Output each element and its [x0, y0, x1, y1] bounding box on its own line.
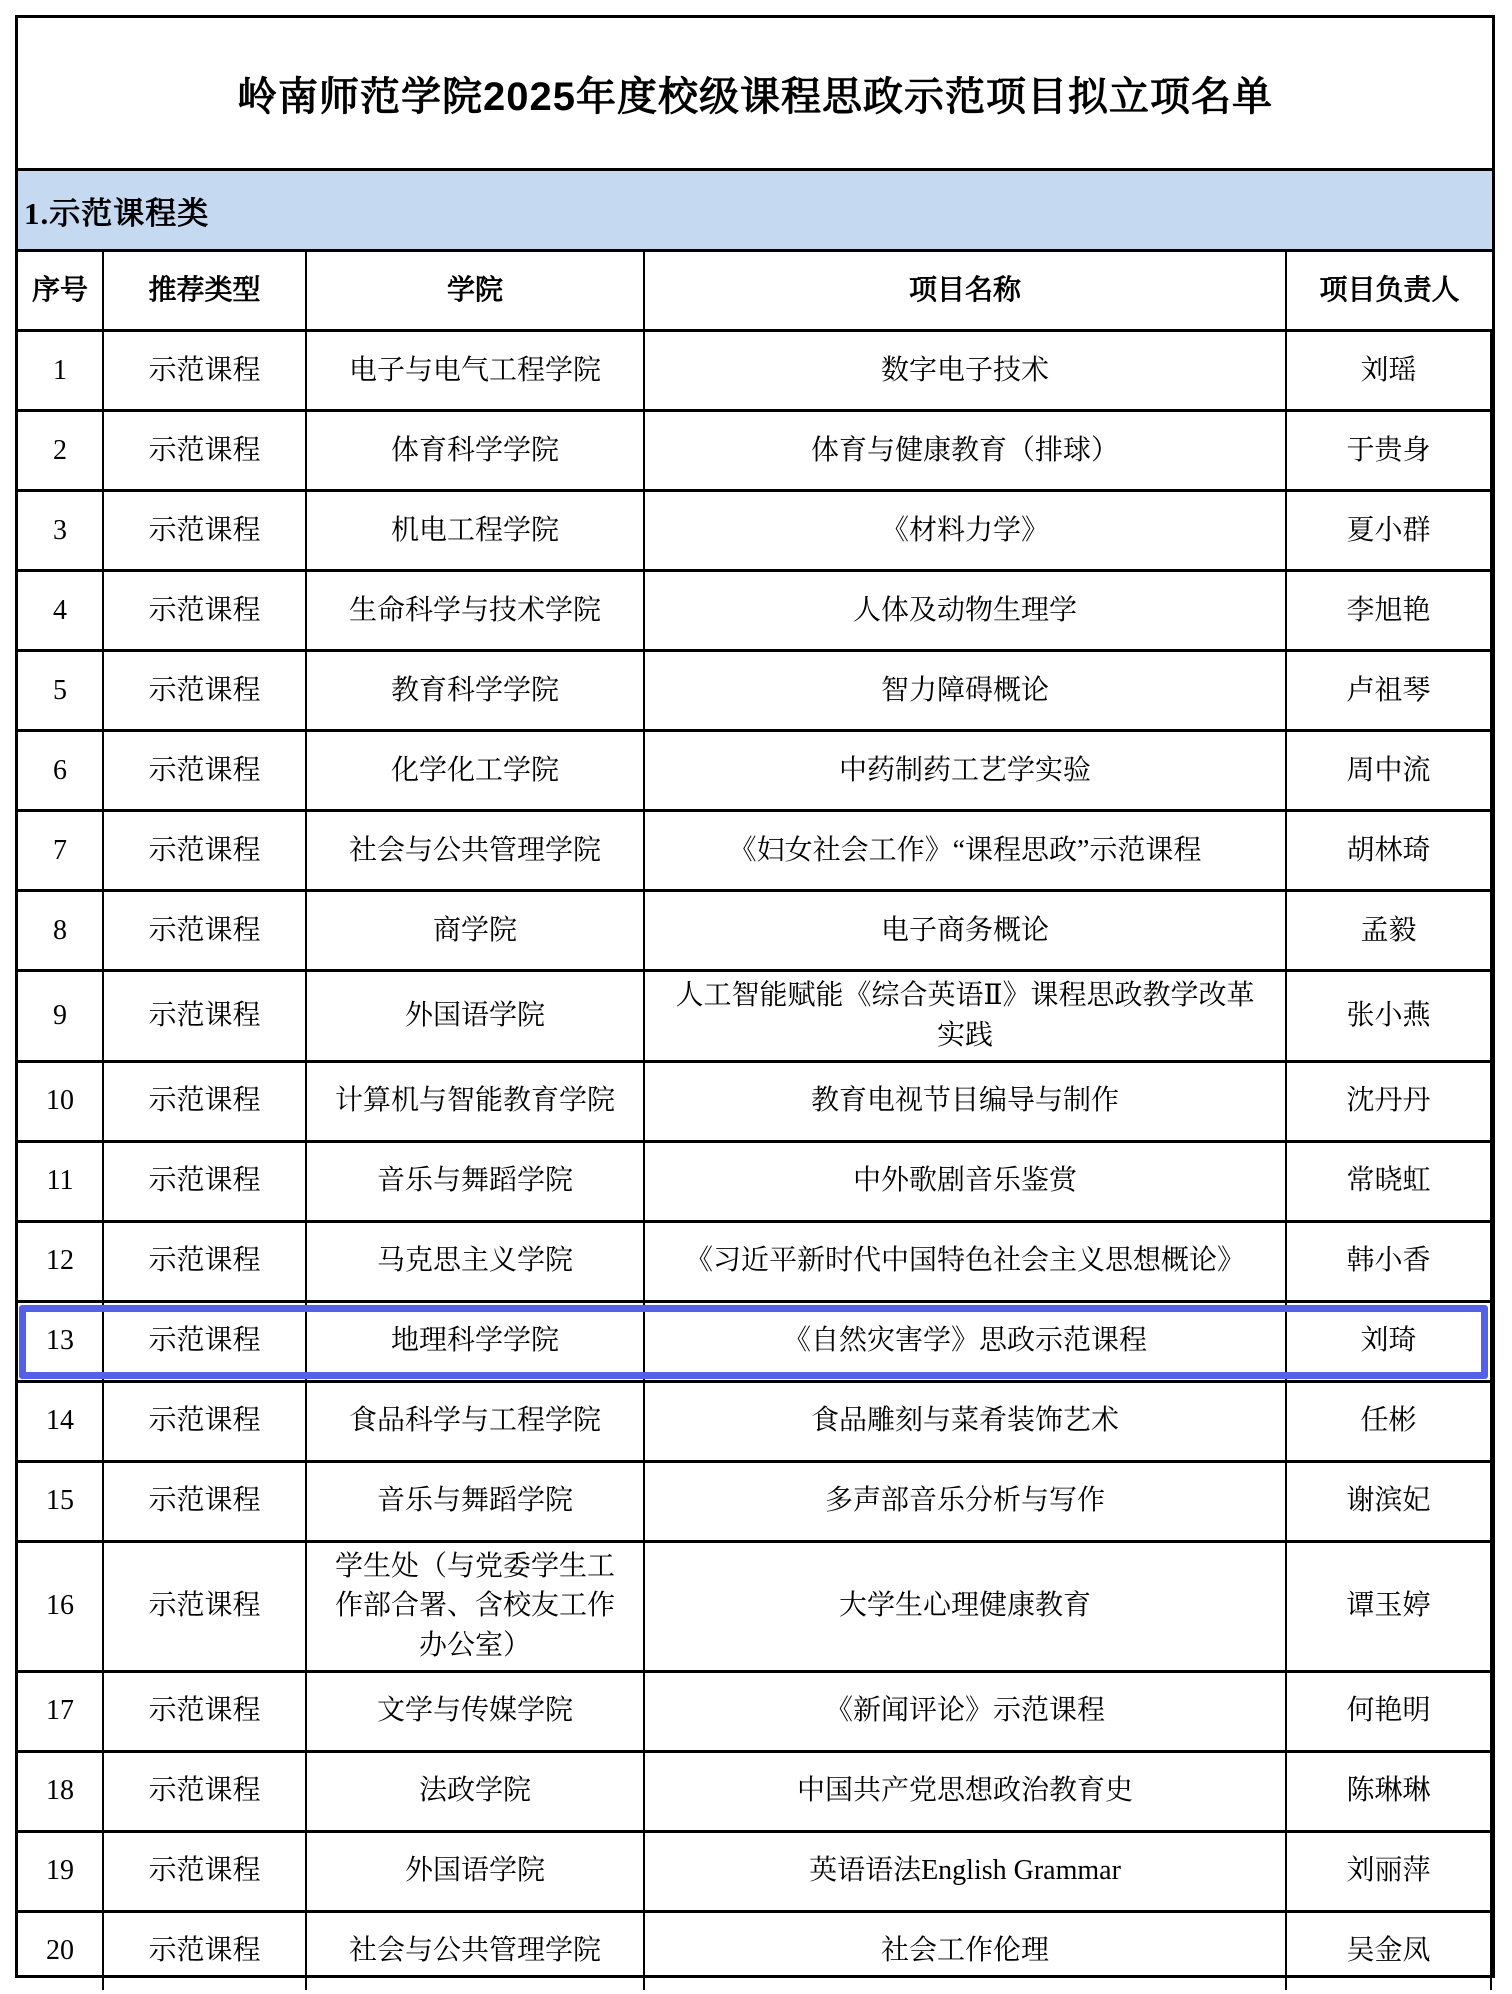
cell-leader: 刘丽萍: [1287, 1833, 1492, 1910]
cell-college: 社会与公共管理学院: [307, 812, 645, 889]
cell-project-name: 中药制药工艺学实验: [645, 732, 1287, 809]
cell-college: 法政学院: [307, 1753, 645, 1830]
table-row: 4 示范课程 生命科学与技术学院 人体及动物生理学 李旭艳: [18, 572, 1492, 652]
cell-project-name: 大学生心理健康教育: [645, 1543, 1287, 1670]
table-row: 3 示范课程 机电工程学院 《材料力学》 夏小群: [18, 492, 1492, 572]
cell-recommend-type: 示范课程: [104, 492, 307, 569]
cell-index: 6: [18, 732, 104, 809]
cell-college: 体育科学学院: [307, 412, 645, 489]
cell-index: 4: [18, 572, 104, 649]
cell-index: 20: [18, 1913, 104, 1990]
table-row: 7 示范课程 社会与公共管理学院 《妇女社会工作》“课程思政”示范课程 胡林琦: [18, 812, 1492, 892]
cell-project-name: 《习近平新时代中国特色社会主义思想概论》: [645, 1223, 1287, 1300]
cell-recommend-type: 示范课程: [104, 1543, 307, 1670]
cell-leader: 卢祖琴: [1287, 652, 1492, 729]
cell-college: 商学院: [307, 892, 645, 969]
cell-college: 外国语学院: [307, 1833, 645, 1910]
cell-college: 机电工程学院: [307, 492, 645, 569]
cell-recommend-type: 示范课程: [104, 412, 307, 489]
cell-college: 社会与公共管理学院: [307, 1913, 645, 1990]
cell-recommend-type: 示范课程: [104, 1303, 307, 1380]
cell-recommend-type: 示范课程: [104, 1913, 307, 1990]
projects-table: 序号 推荐类型 学院 项目名称 项目负责人 1 示范课程 电子与电气工程学院 数…: [18, 252, 1492, 1990]
table-row: 17 示范课程 文学与传媒学院 《新闻评论》示范课程 何艳明: [18, 1673, 1492, 1753]
cell-project-name: 中国共产党思想政治教育史: [645, 1753, 1287, 1830]
table-row: 1 示范课程 电子与电气工程学院 数字电子技术 刘瑶: [18, 332, 1492, 412]
table-row: 18 示范课程 法政学院 中国共产党思想政治教育史 陈琳琳: [18, 1753, 1492, 1833]
cell-college: 电子与电气工程学院: [307, 332, 645, 409]
cell-college: 教育科学学院: [307, 652, 645, 729]
cell-index: 17: [18, 1673, 104, 1750]
section-label: 1.示范课程类: [18, 188, 209, 233]
table-row: 10 示范课程 计算机与智能教育学院 教育电视节目编导与制作 沈丹丹: [18, 1063, 1492, 1143]
cell-project-name: 智力障碍概论: [645, 652, 1287, 729]
cell-recommend-type: 示范课程: [104, 652, 307, 729]
cell-index: 1: [18, 332, 104, 409]
cell-college: 音乐与舞蹈学院: [307, 1463, 645, 1540]
cell-index: 19: [18, 1833, 104, 1910]
cell-project-name: 中外歌剧音乐鉴赏: [645, 1143, 1287, 1220]
cell-college: 地理科学学院: [307, 1303, 645, 1380]
cell-index: 11: [18, 1143, 104, 1220]
header-cell-project-name: 项目名称: [645, 252, 1287, 329]
cell-college: 文学与传媒学院: [307, 1673, 645, 1750]
cell-leader: 陈琳琳: [1287, 1753, 1492, 1830]
cell-project-name: 《妇女社会工作》“课程思政”示范课程: [645, 812, 1287, 889]
cell-project-name: 数字电子技术: [645, 332, 1287, 409]
cell-leader: 刘瑶: [1287, 332, 1492, 409]
table-row: 8 示范课程 商学院 电子商务概论 孟毅: [18, 892, 1492, 972]
table-row: 11 示范课程 音乐与舞蹈学院 中外歌剧音乐鉴赏 常晓虹: [18, 1143, 1492, 1223]
cell-recommend-type: 示范课程: [104, 1223, 307, 1300]
document-sheet: 岭南师范学院2025年度校级课程思政示范项目拟立项名单 1.示范课程类 序号 推…: [15, 15, 1495, 1978]
table-row: 19 示范课程 外国语学院 英语语法English Grammar 刘丽萍: [18, 1833, 1492, 1913]
cell-recommend-type: 示范课程: [104, 332, 307, 409]
header-cell-index: 序号: [18, 252, 104, 329]
cell-project-name: 食品雕刻与菜肴装饰艺术: [645, 1383, 1287, 1460]
cell-leader: 胡林琦: [1287, 812, 1492, 889]
cell-college: 化学化工学院: [307, 732, 645, 809]
cell-leader: 吴金凤: [1287, 1913, 1492, 1990]
table-row: 6 示范课程 化学化工学院 中药制药工艺学实验 周中流: [18, 732, 1492, 812]
cell-project-name: 人体及动物生理学: [645, 572, 1287, 649]
cell-recommend-type: 示范课程: [104, 1753, 307, 1830]
cell-college: 外国语学院: [307, 972, 645, 1060]
cell-leader: 于贵身: [1287, 412, 1492, 489]
cell-project-name: 英语语法English Grammar: [645, 1833, 1287, 1910]
cell-leader: 周中流: [1287, 732, 1492, 809]
cell-leader: 沈丹丹: [1287, 1063, 1492, 1140]
table-row: 16 示范课程 学生处（与党委学生工 作部合署、含校友工作 办公室） 大学生心理…: [18, 1543, 1492, 1673]
cell-index: 13: [18, 1303, 104, 1380]
cell-college: 计算机与智能教育学院: [307, 1063, 645, 1140]
cell-college: 学生处（与党委学生工 作部合署、含校友工作 办公室）: [307, 1543, 645, 1670]
cell-leader: 孟毅: [1287, 892, 1492, 969]
cell-index: 12: [18, 1223, 104, 1300]
cell-index: 2: [18, 412, 104, 489]
cell-index: 8: [18, 892, 104, 969]
cell-recommend-type: 示范课程: [104, 1833, 307, 1910]
header-cell-college: 学院: [307, 252, 645, 329]
cell-recommend-type: 示范课程: [104, 892, 307, 969]
cell-index: 16: [18, 1543, 104, 1670]
table-row: 2 示范课程 体育科学学院 体育与健康教育（排球） 于贵身: [18, 412, 1492, 492]
cell-recommend-type: 示范课程: [104, 972, 307, 1060]
cell-project-name: 体育与健康教育（排球）: [645, 412, 1287, 489]
cell-leader: 常晓虹: [1287, 1143, 1492, 1220]
cell-project-name: 《自然灾害学》思政示范课程: [645, 1303, 1287, 1380]
cell-index: 14: [18, 1383, 104, 1460]
cell-project-name: 《材料力学》: [645, 492, 1287, 569]
header-cell-leader: 项目负责人: [1287, 252, 1492, 329]
cell-leader: 刘琦: [1287, 1303, 1492, 1380]
cell-project-name: 社会工作伦理: [645, 1913, 1287, 1990]
cell-recommend-type: 示范课程: [104, 1673, 307, 1750]
title-block: 岭南师范学院2025年度校级课程思政示范项目拟立项名单: [18, 18, 1492, 171]
cell-leader: 何艳明: [1287, 1673, 1492, 1750]
cell-index: 7: [18, 812, 104, 889]
table-row: 20 示范课程 社会与公共管理学院 社会工作伦理 吴金凤: [18, 1913, 1492, 1990]
table-row: 12 示范课程 马克思主义学院 《习近平新时代中国特色社会主义思想概论》 韩小香: [18, 1223, 1492, 1303]
table-row: 5 示范课程 教育科学学院 智力障碍概论 卢祖琴: [18, 652, 1492, 732]
table-row: 9 示范课程 外国语学院 人工智能赋能《综合英语Ⅱ》课程思政教学改革 实践 张小…: [18, 972, 1492, 1063]
cell-leader: 张小燕: [1287, 972, 1492, 1060]
table-row: 13 示范课程 地理科学学院 《自然灾害学》思政示范课程 刘琦: [18, 1303, 1492, 1383]
cell-leader: 夏小群: [1287, 492, 1492, 569]
header-cell-recommend-type: 推荐类型: [104, 252, 307, 329]
cell-recommend-type: 示范课程: [104, 1063, 307, 1140]
cell-index: 3: [18, 492, 104, 569]
cell-leader: 谢滨妃: [1287, 1463, 1492, 1540]
cell-leader: 任彬: [1287, 1383, 1492, 1460]
cell-project-name: 电子商务概论: [645, 892, 1287, 969]
cell-recommend-type: 示范课程: [104, 572, 307, 649]
cell-leader: 韩小香: [1287, 1223, 1492, 1300]
cell-project-name: 人工智能赋能《综合英语Ⅱ》课程思政教学改革 实践: [645, 972, 1287, 1060]
cell-recommend-type: 示范课程: [104, 732, 307, 809]
table-body: 1 示范课程 电子与电气工程学院 数字电子技术 刘瑶 2 示范课程 体育科学学院…: [18, 332, 1492, 1990]
cell-index: 15: [18, 1463, 104, 1540]
cell-recommend-type: 示范课程: [104, 812, 307, 889]
cell-college: 食品科学与工程学院: [307, 1383, 645, 1460]
section-header: 1.示范课程类: [18, 171, 1492, 252]
cell-project-name: 多声部音乐分析与写作: [645, 1463, 1287, 1540]
cell-index: 18: [18, 1753, 104, 1830]
cell-college: 马克思主义学院: [307, 1223, 645, 1300]
table-header-row: 序号 推荐类型 学院 项目名称 项目负责人: [18, 252, 1492, 332]
cell-leader: 李旭艳: [1287, 572, 1492, 649]
table-row: 15 示范课程 音乐与舞蹈学院 多声部音乐分析与写作 谢滨妃: [18, 1463, 1492, 1543]
page-title: 岭南师范学院2025年度校级课程思政示范项目拟立项名单: [237, 65, 1273, 122]
cell-project-name: 《新闻评论》示范课程: [645, 1673, 1287, 1750]
cell-index: 10: [18, 1063, 104, 1140]
cell-college: 音乐与舞蹈学院: [307, 1143, 645, 1220]
cell-index: 9: [18, 972, 104, 1060]
table-row: 14 示范课程 食品科学与工程学院 食品雕刻与菜肴装饰艺术 任彬: [18, 1383, 1492, 1463]
cell-recommend-type: 示范课程: [104, 1143, 307, 1220]
cell-recommend-type: 示范课程: [104, 1383, 307, 1460]
cell-index: 5: [18, 652, 104, 729]
cell-college: 生命科学与技术学院: [307, 572, 645, 649]
cell-project-name: 教育电视节目编导与制作: [645, 1063, 1287, 1140]
cell-leader: 谭玉婷: [1287, 1543, 1492, 1670]
cell-recommend-type: 示范课程: [104, 1463, 307, 1540]
